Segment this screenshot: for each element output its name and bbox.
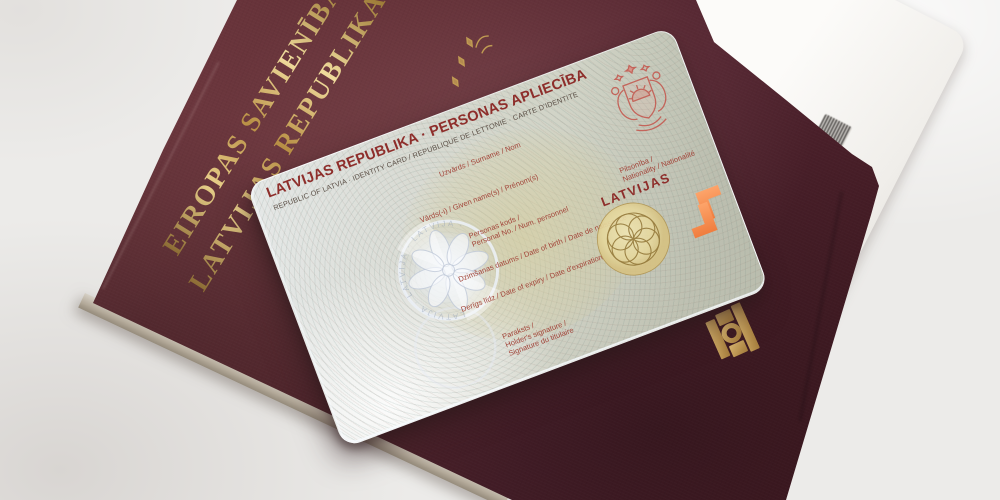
photo-scene: EIROPAS SAVIENĪBA LATVIJAS REPUBLIKA PA	[0, 0, 1000, 500]
